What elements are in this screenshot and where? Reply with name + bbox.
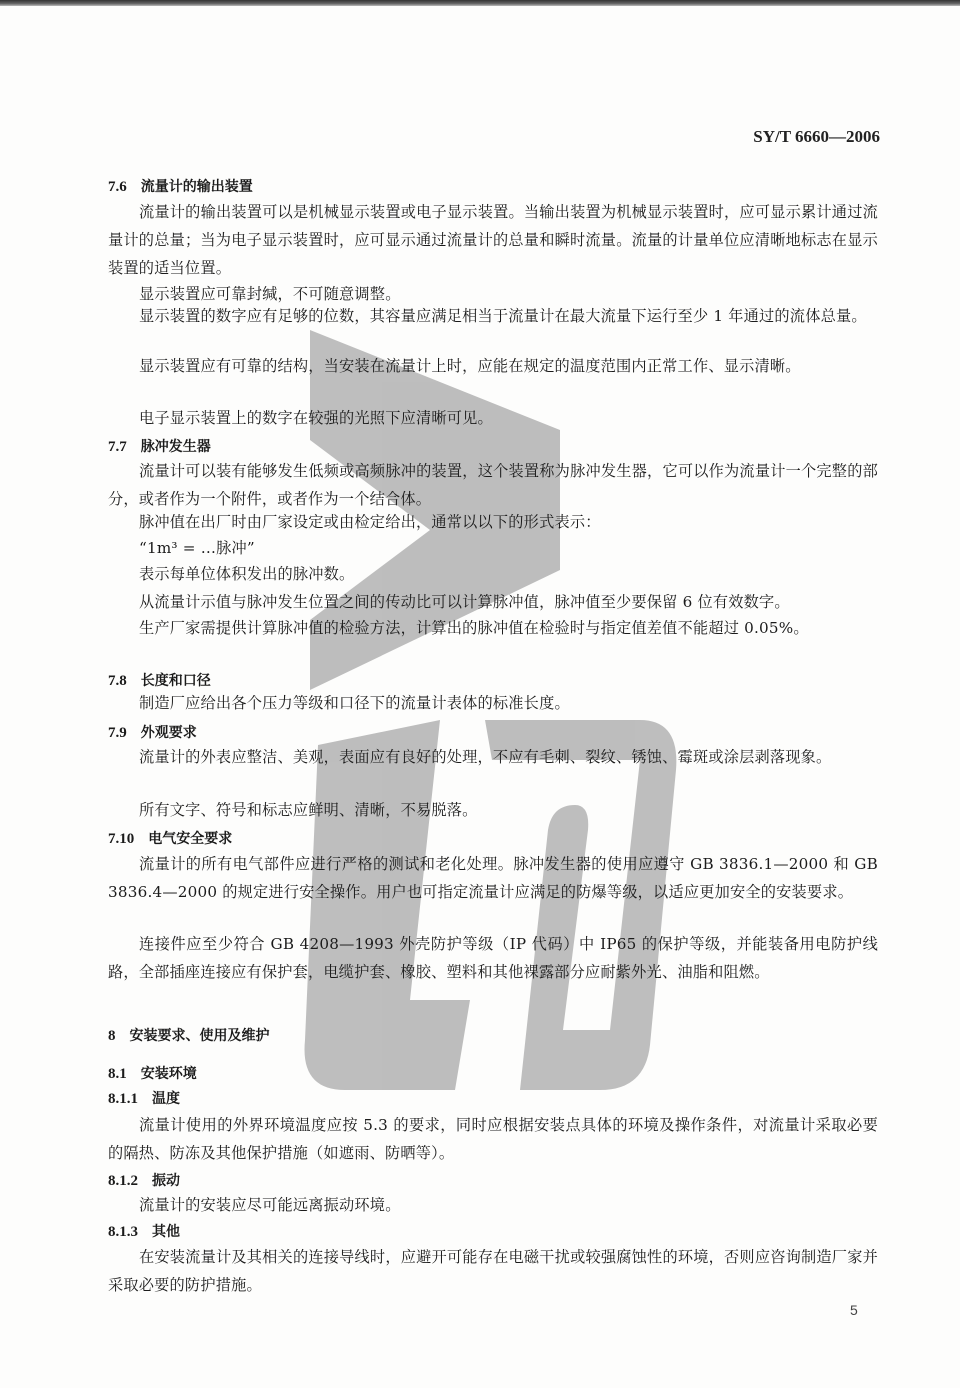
section-title: 脉冲发生器 [141,439,211,455]
paragraph: 电子显示装置上的数字在较强的光照下应清晰可见。 [108,404,878,432]
section-number: 7.8 [108,673,127,690]
section-number: 8.1.3 [108,1224,138,1241]
section-heading-8-1: 8.1安装环境 [108,1063,197,1083]
section-heading-7-6: 7.6流量计的输出装置 [108,176,253,196]
section-heading-7-10: 7.10电气安全要求 [108,828,232,848]
section-title: 长度和口径 [141,673,211,689]
document-code: SY/T 6660—2006 [745,127,880,147]
section-heading-8-1-3: 8.1.3其他 [108,1221,180,1241]
paragraph: 连接件应至少符合 GB 4208—1993 外壳防护等级（IP 代码）中 IP6… [108,930,878,986]
paragraph: 制造厂应给出各个压力等级和口径下的流量计表体的标准长度。 [108,689,878,717]
paragraph: 流量计的安装应尽可能远离振动环境。 [108,1191,878,1219]
paragraph: 生产厂家需提供计算脉冲值的检验方法，计算出的脉冲值在检验时与指定值差值不能超过 … [108,614,878,642]
page-number: 5 [850,1302,858,1318]
section-title: 安装环境 [141,1066,197,1082]
section-title: 电气安全要求 [148,831,232,847]
paragraph: 显示装置的数字应有足够的位数，其容量应满足相当于流量计在最大流量下运行至少 1 … [108,302,878,330]
section-number: 8.1 [108,1066,127,1083]
paragraph: 脉冲值在出厂时由厂家设定或由检定给出，通常以以下的形式表示： [108,508,878,536]
paragraph: 流量计的输出装置可以是机械显示装置或电子显示装置。当输出装置为机械显示装置时，应… [108,198,878,282]
section-heading-7-8: 7.8长度和口径 [108,670,211,690]
section-heading-8-1-1: 8.1.1温度 [108,1088,180,1108]
paragraph: 显示装置应有可靠的结构，当安装在流量计上时，应能在规定的温度范围内正常工作、显示… [108,352,878,380]
section-heading-7-7: 7.7脉冲发生器 [108,436,211,456]
paragraph: 流量计的外表应整洁、美观，表面应有良好的处理，不应有毛刺、裂纹、锈蚀、霉斑或涂层… [108,743,878,771]
paragraph: 流量计可以装有能够发生低频或高频脉冲的装置，这个装置称为脉冲发生器，它可以作为流… [108,457,878,513]
section-number: 8 [108,1028,116,1045]
paragraph: 所有文字、符号和标志应鲜明、清晰，不易脱落。 [108,796,878,824]
paragraph: 表示每单位体积发出的脉冲数。 [108,560,878,588]
section-number: 7.10 [108,831,134,848]
paragraph: 从流量计示值与脉冲发生位置之间的传动比可以计算脉冲值，脉冲值至少要保留 6 位有… [108,588,878,616]
section-number: 7.9 [108,725,127,742]
paragraph: 在安装流量计及其相关的连接导线时，应避开可能存在电磁干扰或较强腐蚀性的环境，否则… [108,1243,878,1299]
section-title: 安装要求、使用及维护 [130,1028,270,1044]
section-number: 7.6 [108,179,127,196]
section-number: 7.7 [108,439,127,456]
section-title: 温度 [152,1091,180,1107]
section-title: 流量计的输出装置 [141,179,253,195]
section-title: 振动 [152,1173,180,1189]
section-title: 其他 [152,1224,180,1240]
section-number: 8.1.1 [108,1091,138,1108]
paragraph: 流量计的所有电气部件应进行严格的测试和老化处理。脉冲发生器的使用应遵守 GB 3… [108,850,878,906]
paragraph: 流量计使用的外界环境温度应按 5.3 的要求，同时应根据安装点具体的环境及操作条… [108,1111,878,1167]
section-heading-7-9: 7.9外观要求 [108,722,197,742]
section-heading-8-1-2: 8.1.2振动 [108,1170,180,1190]
document-page: SY/T 6660—2006 7.6流量计的输出装置 流量计的输出装置可以是机械… [0,0,960,1388]
chapter-heading-8: 8安装要求、使用及维护 [108,1025,270,1045]
section-title: 外观要求 [141,725,197,741]
formula-line: “1m³ = …脉冲” [108,534,878,562]
section-number: 8.1.2 [108,1173,138,1190]
